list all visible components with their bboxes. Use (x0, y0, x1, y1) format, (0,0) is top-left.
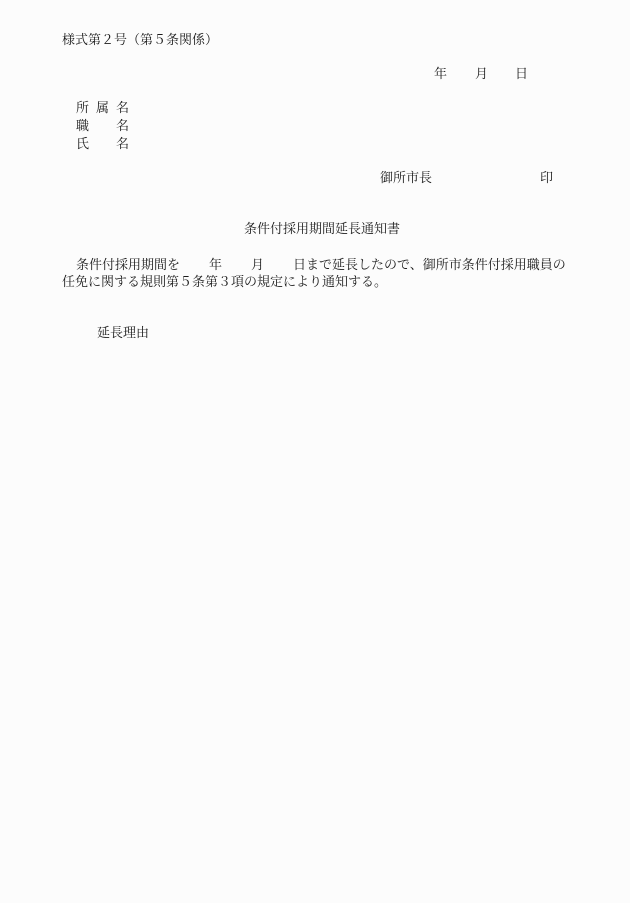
label-char: 名 (116, 100, 129, 118)
recipient-affiliation-label: 所 属 名 (76, 100, 136, 118)
label-char: 属 (96, 100, 109, 118)
body-line-1: 条件付採用期間を年月日まで延長したので、御所市条件付採用職員の (62, 257, 566, 275)
label-char: 所 (76, 100, 89, 118)
recipient-position-label: 職 名 (76, 118, 136, 136)
body-text: 日まで延長したので、御所市条件付採用職員の (293, 258, 566, 273)
date-year-label: 年 (434, 66, 447, 84)
body-month-label: 月 (251, 258, 264, 273)
body-text: 条件付採用期間を (76, 258, 180, 273)
recipient-name-label: 氏 名 (76, 136, 136, 154)
label-char: 氏 (76, 136, 89, 154)
label-char: 名 (116, 136, 129, 154)
extension-reason-label: 延長理由 (97, 325, 149, 343)
body-line-2: 任免に関する規則第５条第３項の規定により通知する。 (62, 274, 387, 292)
body-year-label: 年 (209, 258, 222, 273)
seal-mark: 印 (540, 170, 553, 188)
label-char: 名 (116, 118, 129, 136)
date-day-label: 日 (515, 66, 528, 84)
issuer-title: 御所市長 (380, 170, 432, 188)
date-month-label: 月 (475, 66, 488, 84)
label-char: 職 (76, 118, 89, 136)
form-number: 様式第２号（第５条関係） (62, 32, 218, 50)
document-title: 条件付採用期間延長通知書 (244, 221, 400, 239)
